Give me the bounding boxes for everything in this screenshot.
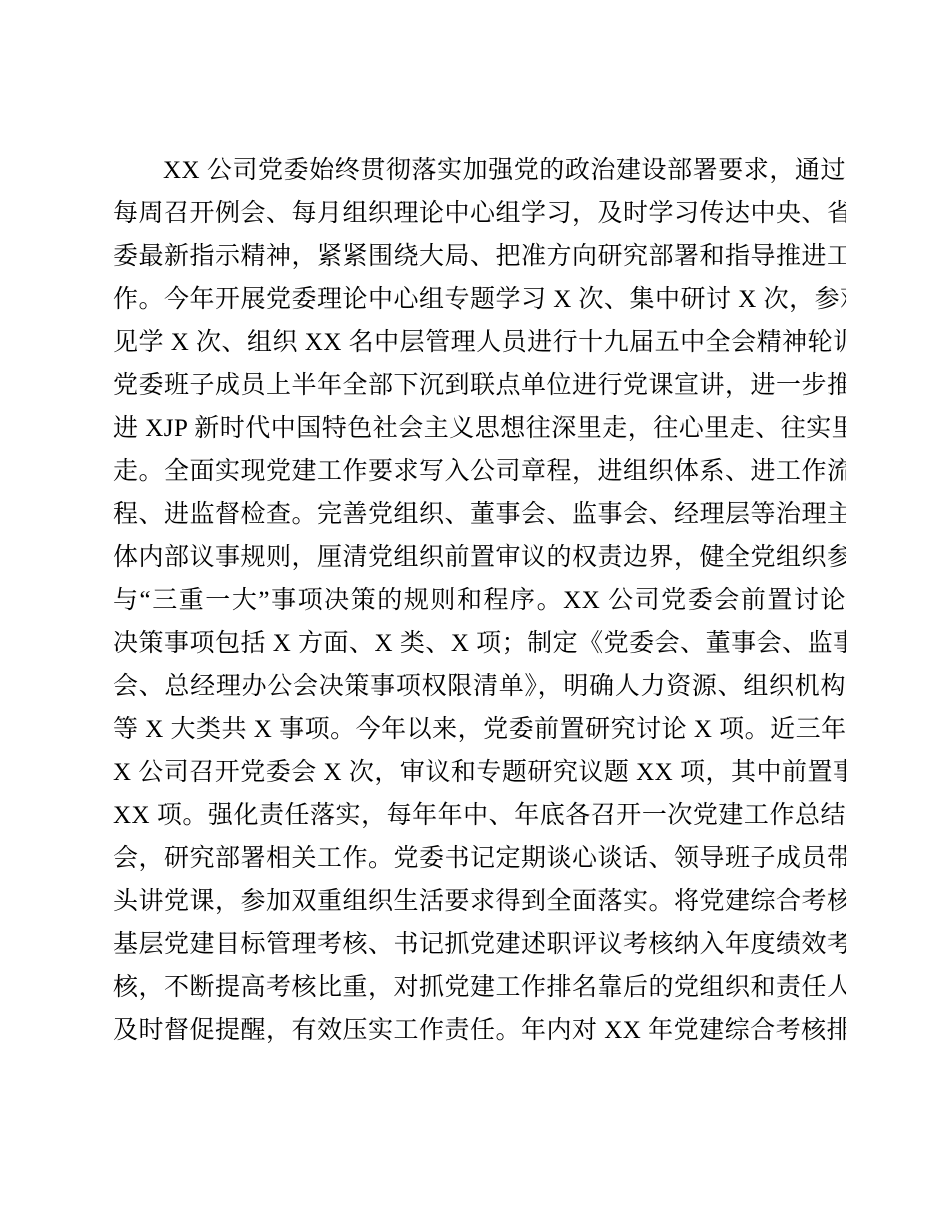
paragraph-line: 走。全面实现党建工作要求写入公司章程，进组织体系、进工作流 — [113, 450, 846, 493]
paragraph-line: XX 公司党委始终贯彻落实加强党的政治建设部署要求，通过 — [113, 149, 846, 192]
paragraph-line: X 公司召开党委会 X 次，审议和专题研究议题 XX 项，其中前置事项 — [113, 751, 846, 794]
paragraph-line: 及时督促提醒，有效压实工作责任。年内对 XX 年党建综合考核排 — [113, 1009, 846, 1052]
paragraph-line: XX 项。强化责任落实，每年年中、年底各召开一次党建工作总结 — [113, 794, 846, 837]
paragraph-line: 每周召开例会、每月组织理论中心组学习，及时学习传达中央、省 — [113, 192, 846, 235]
paragraph-line: 进 XJP 新时代中国特色社会主义思想往深里走，往心里走、往实里 — [113, 407, 846, 450]
paragraph-line: 核，不断提高考核比重，对抓党建工作排名靠后的党组织和责任人 — [113, 966, 846, 1009]
paragraph-line: 与“三重一大”事项决策的规则和程序。XX 公司党委会前置讨论 — [113, 579, 846, 622]
paragraph-line: 程、进监督检查。完善党组织、董事会、监事会、经理层等治理主 — [113, 493, 846, 536]
paragraph-line: 体内部议事规则，厘清党组织前置审议的权责边界，健全党组织参 — [113, 536, 846, 579]
paragraph-line: 委最新指示精神，紧紧围绕大局、把准方向研究部署和指导推进工 — [113, 235, 846, 278]
paragraph-line: 基层党建目标管理考核、书记抓党建述职评议考核纳入年度绩效考 — [113, 923, 846, 966]
document-page: XX 公司党委始终贯彻落实加强党的政治建设部署要求，通过每周召开例会、每月组织理… — [0, 0, 950, 1230]
paragraph-line: 头讲党课，参加双重组织生活要求得到全面落实。将党建综合考核、 — [113, 880, 846, 923]
paragraph-line: 见学 X 次、组织 XX 名中层管理人员进行十九届五中全会精神轮训， — [113, 321, 846, 364]
paragraph-line: 作。今年开展党委理论中心组专题学习 X 次、集中研讨 X 次，参观 — [113, 278, 846, 321]
paragraph-line: 会、总经理办公会决策事项权限清单》，明确人力资源、组织机构 — [113, 665, 846, 708]
paragraph-line: 党委班子成员上半年全部下沉到联点单位进行党课宣讲，进一步推 — [113, 364, 846, 407]
paragraph-line: 会，研究部署相关工作。党委书记定期谈心谈话、领导班子成员带 — [113, 837, 846, 880]
paragraph-line: 等 X 大类共 X 事项。今年以来，党委前置研究讨论 X 项。近三年， — [113, 708, 846, 751]
paragraph-line: 决策事项包括 X 方面、X 类、X 项；制定《党委会、董事会、监事 — [113, 622, 846, 665]
body-paragraph: XX 公司党委始终贯彻落实加强党的政治建设部署要求，通过每周召开例会、每月组织理… — [113, 149, 846, 1052]
